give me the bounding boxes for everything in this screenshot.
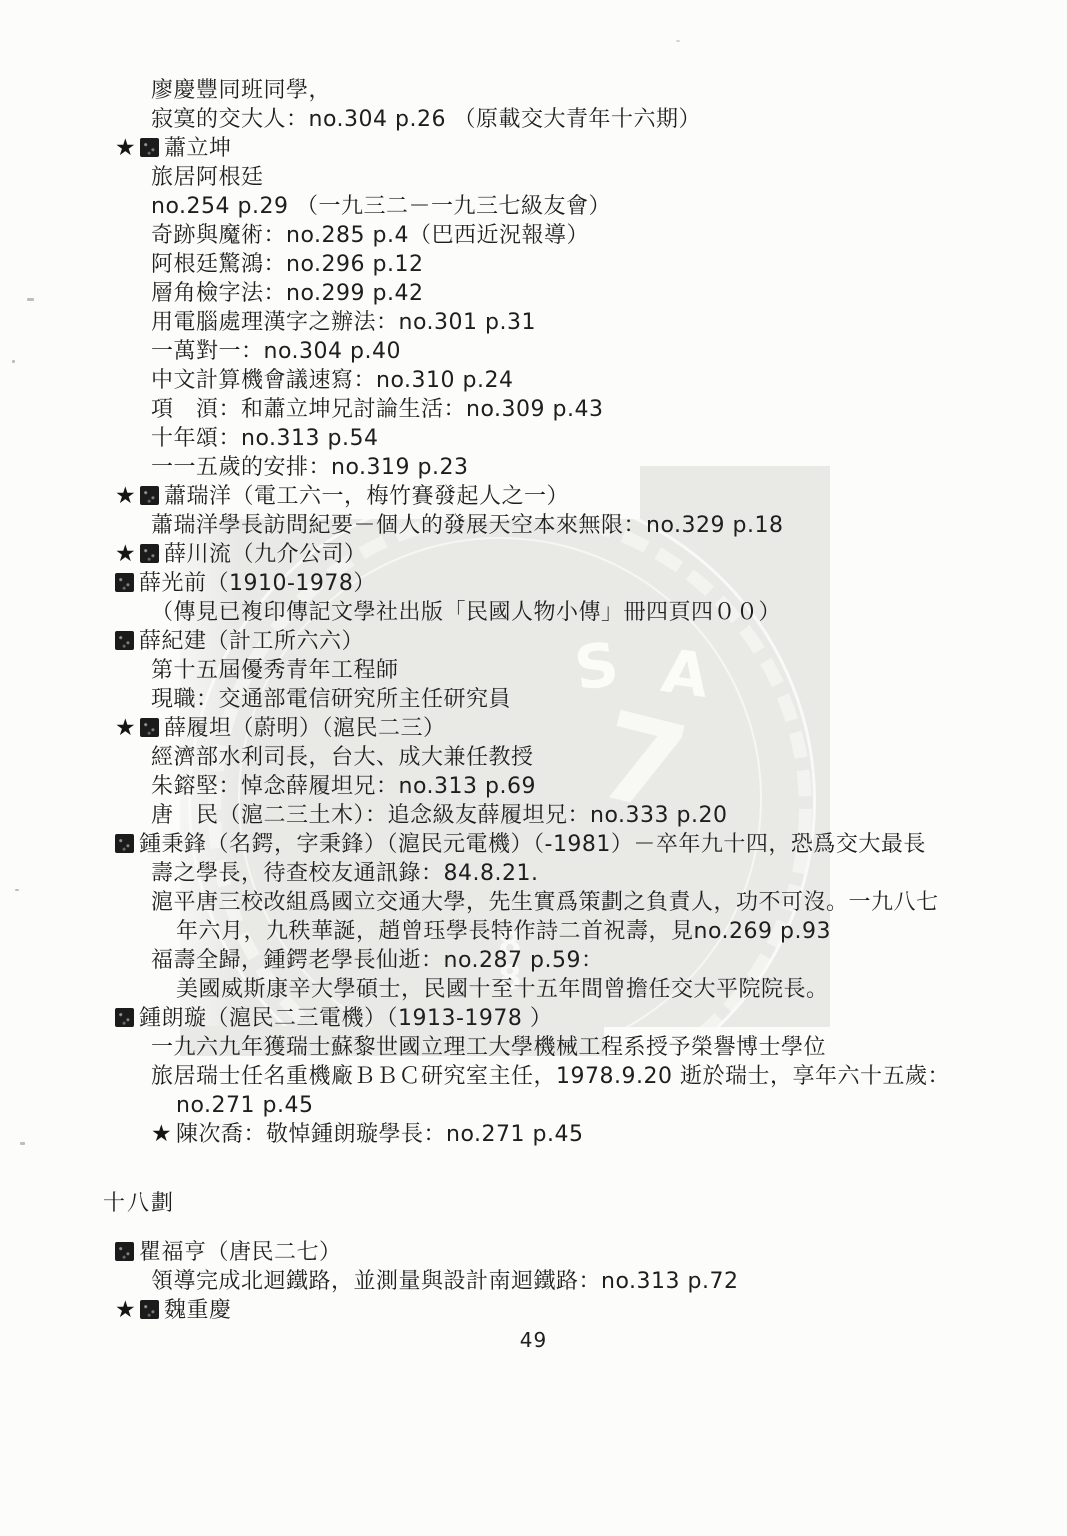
text-line: 領導完成北迴鐵路，並測量與設計南迴鐵路：no.313 p.72 (103, 1267, 1033, 1296)
text-line: 鍾朗璇（滬民二三電機）（1913-1978 ） (103, 1004, 1033, 1033)
text-line-content: 魏重慶 (164, 1298, 232, 1323)
text-line: 薛紀建（計工所六六） (103, 627, 1033, 656)
text-line: 旅居瑞士任名重機廠ＢＢＣ研究室主任，1978.9.20 逝於瑞士，享年六十五歲： (103, 1062, 1033, 1091)
text-line: 第十五屆優秀青年工程師 (103, 656, 1033, 685)
text-line-content: 陳次喬：敬悼鍾朗璇學長：no.271 p.45 (176, 1122, 583, 1147)
text-line-content: 滬平唐三校改組爲國立交通大學，先生實爲策劃之負責人，功不可沒。一九八七 (151, 890, 939, 915)
text-line-content: 一九六九年獲瑞士蘇黎世國立理工大學機械工程系授予榮譽博士學位 (151, 1035, 826, 1060)
text-line: ★陳次喬：敬悼鍾朗璇學長：no.271 p.45 (103, 1120, 1033, 1149)
text-line-content: 福壽全歸，鍾鍔老學長仙逝：no.287 p.59： (151, 948, 603, 973)
text-line-content: 鍾朗璇（滬民二三電機）（1913-1978 ） (139, 1006, 552, 1031)
star-icon: ★ (115, 714, 140, 743)
text-line: 一萬對一：no.304 p.40 (103, 337, 1033, 366)
text-line-content: 領導完成北迴鐵路，並測量與設計南迴鐵路：no.313 p.72 (151, 1269, 738, 1294)
text-line: 奇跡與魔術：no.285 p.4（巴西近況報導） (103, 221, 1033, 250)
text-line-content: 項 湏：和蕭立坤兄討論生活：no.309 p.43 (151, 397, 603, 422)
text-line: 阿根廷驚鴻：no.296 p.12 (103, 250, 1033, 279)
text-line-content: no.254 p.29 （一九三二－一九三七級友會） (151, 194, 611, 219)
text-line-content: 一萬對一：no.304 p.40 (151, 339, 401, 364)
text-line: 福壽全歸，鍾鍔老學長仙逝：no.287 p.59： (103, 946, 1033, 975)
page-number: 49 (0, 1328, 1067, 1352)
text-line-content: 薛光前（1910-1978） (139, 571, 376, 596)
scanned-document-page: S A 7 8 8 廖慶豐同班同學，寂寞的交大人：no.304 p.26 （原載… (0, 0, 1067, 1536)
text-line: 項 湏：和蕭立坤兄討論生活：no.309 p.43 (103, 395, 1033, 424)
star-icon: ★ (115, 134, 140, 163)
text-line-content: 寂寞的交大人：no.304 p.26 （原載交大青年十六期） (151, 107, 701, 132)
seal-stamp-icon (115, 631, 134, 650)
text-line: ★蕭立坤 (103, 134, 1033, 163)
star-icon: ★ (115, 482, 140, 511)
text-line-content: 現職：交通部電信研究所主任研究員 (151, 687, 511, 712)
text-line: ★魏重慶 (103, 1296, 1033, 1325)
text-line-content: 朱鎔堅：悼念薛履坦兄：no.313 p.69 (151, 774, 536, 799)
text-line-content: 瞿福亨（唐民二七） (139, 1240, 342, 1265)
seal-stamp-icon (140, 138, 159, 157)
scan-speck (676, 40, 680, 42)
scan-speck (27, 298, 34, 301)
text-line: no.254 p.29 （一九三二－一九三七級友會） (103, 192, 1033, 221)
text-line: （傳見已複印傳記文學社出版「民國人物小傳」冊四頁四００） (103, 598, 1033, 627)
text-line-content: 第十五屆優秀青年工程師 (151, 658, 399, 683)
text-line-content: 薛川流（九介公司） (164, 542, 367, 567)
seal-stamp-icon (115, 1008, 134, 1027)
seal-stamp-icon (115, 834, 134, 853)
seal-stamp-icon (140, 544, 159, 563)
text-line-content: 中文計算機會議速寫：no.310 p.24 (151, 368, 513, 393)
text-line: 中文計算機會議速寫：no.310 p.24 (103, 366, 1033, 395)
seal-stamp-icon (140, 486, 159, 505)
text-line: 一九六九年獲瑞士蘇黎世國立理工大學機械工程系授予榮譽博士學位 (103, 1033, 1033, 1062)
text-line: 現職：交通部電信研究所主任研究員 (103, 685, 1033, 714)
text-line: 壽之學長，待查校友通訊錄：84.8.21. (103, 859, 1033, 888)
text-line-content: 薛紀建（計工所六六） (139, 629, 364, 654)
scan-speck (20, 1142, 25, 1145)
text-line-content: 鍾秉鋒（名鍔，字秉鋒）（滬民元電機）（-1981）－卒年九十四，恐爲交大最長 (139, 832, 926, 857)
text-line-content: 蕭瑞洋學長訪問紀要－個人的發展天空本來無限：no.329 p.18 (151, 513, 783, 538)
text-line-content: 阿根廷驚鴻：no.296 p.12 (151, 252, 423, 277)
text-line: ★薛履坦（蔚明）（滬民二三） (103, 714, 1033, 743)
section-heading: 十八劃 (103, 1189, 1033, 1218)
text-line: 寂寞的交大人：no.304 p.26 （原載交大青年十六期） (103, 105, 1033, 134)
text-line: 十年頌：no.313 p.54 (103, 424, 1033, 453)
text-line: 廖慶豐同班同學， (103, 76, 1033, 105)
text-line: no.271 p.45 (103, 1091, 1033, 1120)
text-line-content: 奇跡與魔術：no.285 p.4（巴西近況報導） (151, 223, 589, 248)
text-line-content: 層角檢字法：no.299 p.42 (151, 281, 423, 306)
text-line-content: 經濟部水利司長，台大、成大兼任教授 (151, 745, 534, 770)
seal-stamp-icon (115, 1242, 134, 1261)
star-icon: ★ (115, 1296, 140, 1325)
text-line: 美國威斯康辛大學碩士，民國十至十五年間曾擔任交大平院院長。 (103, 975, 1033, 1004)
text-line-content: 旅居阿根廷 (151, 165, 264, 190)
text-line: 用電腦處理漢字之辦法：no.301 p.31 (103, 308, 1033, 337)
scan-speck (12, 360, 15, 363)
entry-lines-section-18: 瞿福亨（唐民二七）領導完成北迴鐵路，並測量與設計南迴鐵路：no.313 p.72… (103, 1238, 1033, 1325)
seal-stamp-icon (140, 1300, 159, 1319)
text-line: 經濟部水利司長，台大、成大兼任教授 (103, 743, 1033, 772)
text-line: 瞿福亨（唐民二七） (103, 1238, 1033, 1267)
text-line-content: 壽之學長，待查校友通訊錄：84.8.21. (151, 861, 538, 886)
text-line: 唐 民（滬二三土木）：追念級友薛履坦兄：no.333 p.20 (103, 801, 1033, 830)
text-line-content: 薛履坦（蔚明）（滬民二三） (164, 716, 446, 741)
text-line-content: 十年頌：no.313 p.54 (151, 426, 378, 451)
text-line: 年六月，九秩華誕，趙曾珏學長特作詩二首祝壽，見no.269 p.93 (103, 917, 1033, 946)
text-line: 蕭瑞洋學長訪問紀要－個人的發展天空本來無限：no.329 p.18 (103, 511, 1033, 540)
text-line: 旅居阿根廷 (103, 163, 1033, 192)
text-line-content: 美國威斯康辛大學碩士，民國十至十五年間曾擔任交大平院院長。 (176, 977, 829, 1002)
text-line: 薛光前（1910-1978） (103, 569, 1033, 598)
star-icon: ★ (115, 540, 140, 569)
text-line: 層角檢字法：no.299 p.42 (103, 279, 1033, 308)
text-line: 鍾秉鋒（名鍔，字秉鋒）（滬民元電機）（-1981）－卒年九十四，恐爲交大最長 (103, 830, 1033, 859)
text-line-content: 年六月，九秩華誕，趙曾珏學長特作詩二首祝壽，見no.269 p.93 (176, 919, 831, 944)
text-line-content: 用電腦處理漢字之辦法：no.301 p.31 (151, 310, 536, 335)
seal-stamp-icon (115, 573, 134, 592)
scan-speck (15, 889, 19, 891)
text-line: ★薛川流（九介公司） (103, 540, 1033, 569)
text-line-content: 旅居瑞士任名重機廠ＢＢＣ研究室主任，1978.9.20 逝於瑞士，享年六十五歲： (151, 1064, 950, 1089)
text-line: ★蕭瑞洋（電工六一，梅竹賽發起人之一） (103, 482, 1033, 511)
text-line-content: 廖慶豐同班同學， (151, 78, 331, 103)
text-line-content: 蕭立坤 (164, 136, 232, 161)
text-line: 滬平唐三校改組爲國立交通大學，先生實爲策劃之負責人，功不可沒。一九八七 (103, 888, 1033, 917)
star-icon: ★ (151, 1120, 176, 1149)
text-line: 朱鎔堅：悼念薛履坦兄：no.313 p.69 (103, 772, 1033, 801)
document-content: 廖慶豐同班同學，寂寞的交大人：no.304 p.26 （原載交大青年十六期）★蕭… (103, 76, 1033, 1325)
text-line-content: 唐 民（滬二三土木）：追念級友薛履坦兄：no.333 p.20 (151, 803, 727, 828)
entry-lines-section-17: 廖慶豐同班同學，寂寞的交大人：no.304 p.26 （原載交大青年十六期）★蕭… (103, 76, 1033, 1149)
text-line: 一一五歲的安排：no.319 p.23 (103, 453, 1033, 482)
seal-stamp-icon (140, 718, 159, 737)
text-line-content: （傳見已複印傳記文學社出版「民國人物小傳」冊四頁四００） (151, 600, 781, 625)
text-line-content: no.271 p.45 (176, 1093, 313, 1118)
text-line-content: 一一五歲的安排：no.319 p.23 (151, 455, 468, 480)
text-line-content: 蕭瑞洋（電工六一，梅竹賽發起人之一） (164, 484, 569, 509)
